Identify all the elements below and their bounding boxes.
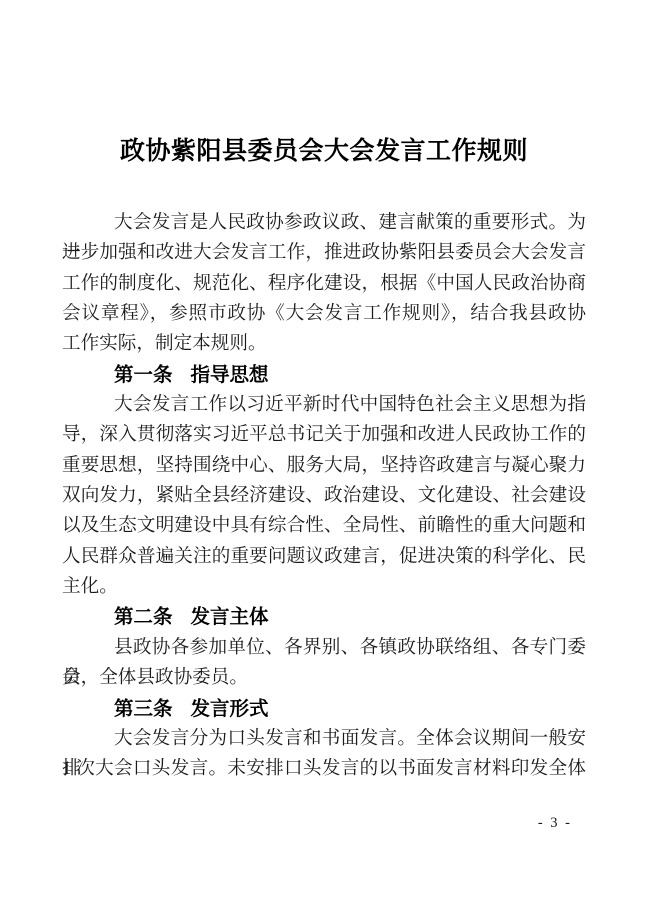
paragraph-intro-line: 一步加强和改进大会发言工作，推进政协紫阳县委员会大会发言	[62, 238, 586, 268]
document-title: 政协紫阳县委员会大会发言工作规则	[62, 134, 586, 170]
article-2-number: 第二条	[114, 606, 173, 628]
article-2-title: 发言主体	[191, 606, 269, 628]
article-1-text-line: 人民群众普遍关注的重要问题议政建言，促进决策的科学化、民	[62, 542, 586, 572]
article-1-text-line: 主化。	[62, 572, 586, 602]
article-1-text-line: 大会发言工作以习近平新时代中国特色社会主义思想为指	[62, 390, 586, 420]
article-3-number: 第三条	[114, 698, 173, 720]
article-1-title: 指导思想	[191, 364, 269, 386]
paragraph-intro-line: 大会发言是人民政协参政议政、建言献策的重要形式。为进	[62, 208, 586, 238]
article-2-text-line: 会，全体县政协委员。	[62, 663, 586, 693]
document-body: 大会发言是人民政协参政议政、建言献策的重要形式。为进 一步加强和改进大会发言工作…	[62, 208, 586, 785]
article-3-heading: 第三条发言形式	[62, 694, 586, 724]
paragraph-intro-line: 工作的制度化、规范化、程序化建设，根据《中国人民政治协商	[62, 269, 586, 299]
paragraph-intro-line: 工作实际，制定本规则。	[62, 329, 586, 359]
paragraph-intro-line: 会议章程》，参照市政协《大会发言工作规则》，结合我县政协	[62, 299, 586, 329]
article-3-text-line: 1 次大会口头发言。未安排口头发言的以书面发言材料印发全体	[62, 754, 586, 784]
article-1-number: 第一条	[114, 364, 173, 386]
article-3-title: 发言形式	[191, 698, 269, 720]
article-2-heading: 第二条发言主体	[62, 602, 586, 632]
article-1-heading: 第一条指导思想	[62, 360, 586, 390]
article-1-text-line: 双向发力，紧贴全县经济建设、政治建设、文化建设、社会建设	[62, 481, 586, 511]
page-number: - 3 -	[538, 814, 572, 832]
article-1-text-line: 以及生态文明建设中具有综合性、全局性、前瞻性的重大问题和	[62, 511, 586, 541]
article-1-text-line: 重要思想，坚持围绕中心、服务大局，坚持咨政建言与凝心聚力	[62, 451, 586, 481]
article-1-text-line: 导，深入贯彻落实习近平总书记关于加强和改进人民政协工作的	[62, 420, 586, 450]
document-page: 政协紫阳县委员会大会发言工作规则 大会发言是人民政协参政议政、建言献策的重要形式…	[0, 0, 648, 914]
article-3-text-line: 大会发言分为口头发言和书面发言。全体会议期间一般安排	[62, 724, 586, 754]
article-2-text-line: 县政协各参加单位、各界别、各镇政协联络组、各专门委员	[62, 633, 586, 663]
